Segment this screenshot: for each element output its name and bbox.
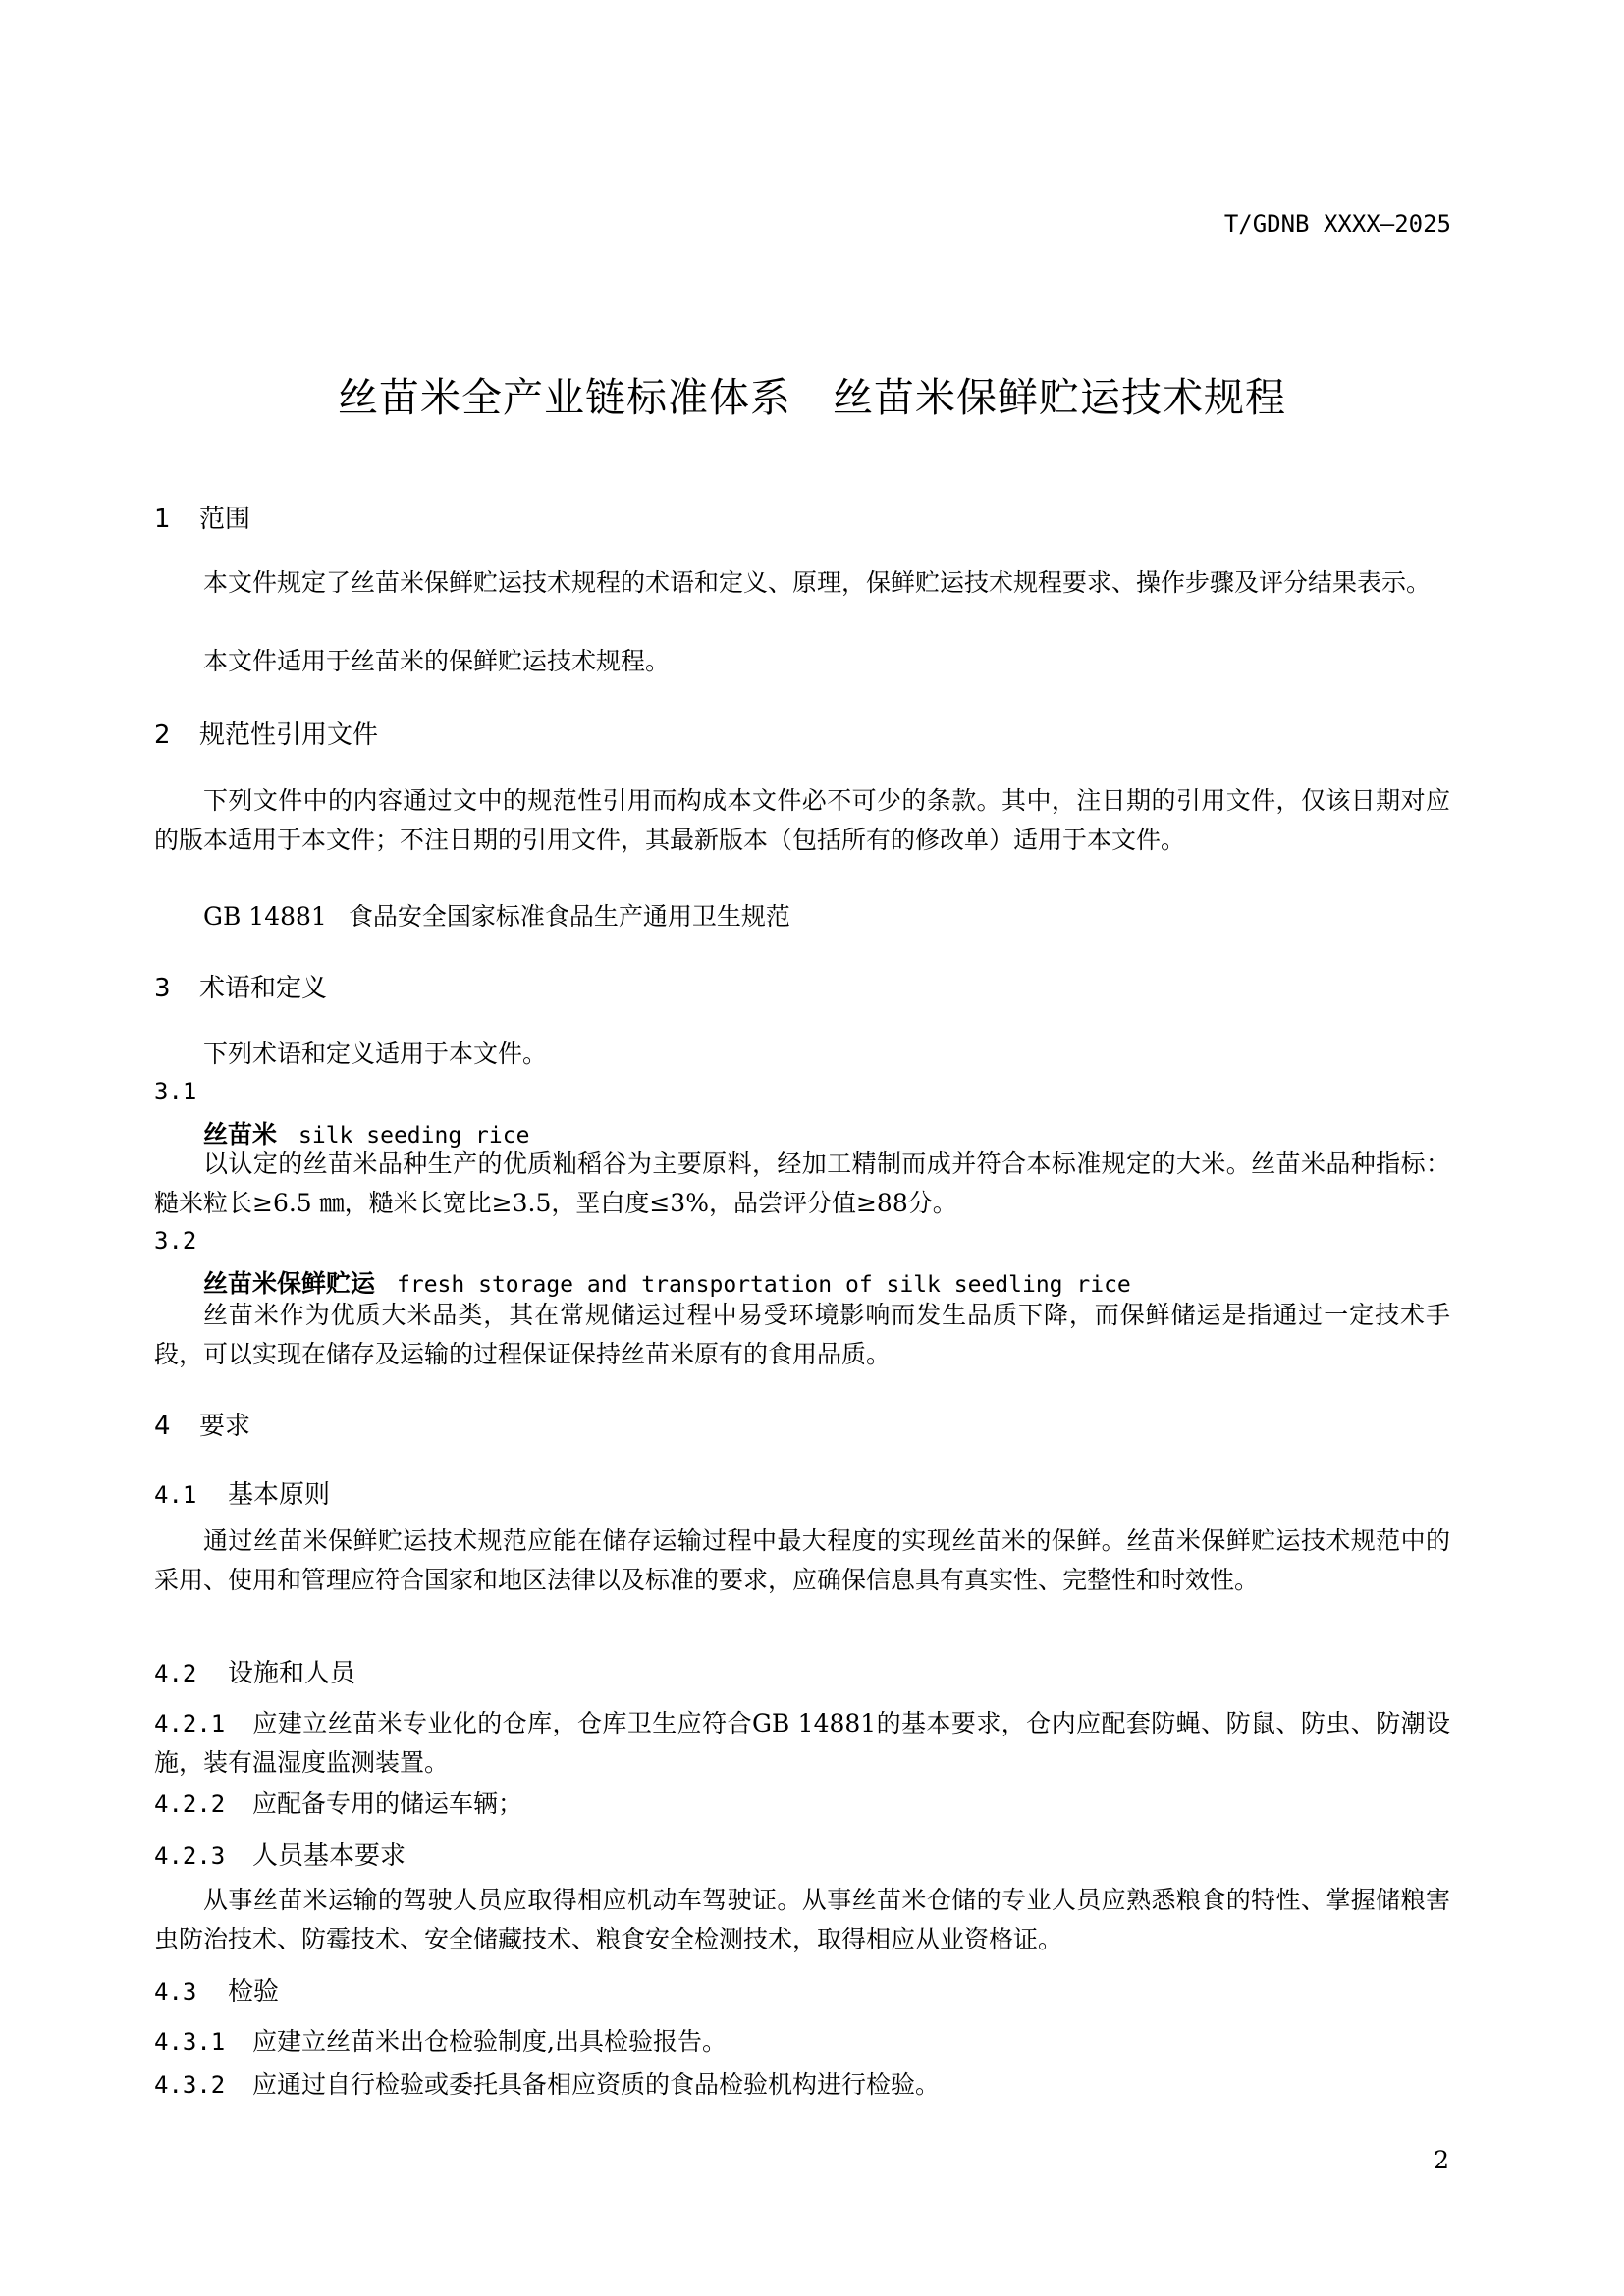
clause-text: 应配备专用的储运车辆； — [252, 1789, 522, 1818]
subsection-title: 设施和人员 — [228, 1659, 355, 1688]
section-title: 规范性引用文件 — [199, 721, 378, 750]
clause-4-2-3-paragraph: 从事丝苗米运输的驾驶人员应取得相应机动车驾驶证。从事丝苗米仓储的专业人员应熟悉粮… — [154, 1881, 1450, 1959]
term-3-2: 丝苗米保鲜贮运fresh storage and transportation … — [154, 1264, 1131, 1300]
clause-4-3-2: 4.3.2应通过自行检验或委托具备相应资质的食品检验机构进行检验。 — [154, 2065, 940, 2105]
document-page: T/GDNB XXXX—2025 丝苗米全产业链标准体系 丝苗米保鲜贮运技术规程… — [0, 0, 1624, 2296]
clause-4-3-1: 4.3.1应建立丝苗米出仓检验制度,出具检验报告。 — [154, 2022, 727, 2061]
subsection-number: 4.3 — [154, 1978, 228, 2005]
subsection-number: 4.2 — [154, 1660, 228, 1687]
clause-text: 应通过自行检验或委托具备相应资质的食品检验机构进行检验。 — [252, 2070, 940, 2099]
clause-title: 人员基本要求 — [252, 1842, 406, 1871]
subsection-number: 4.1 — [154, 1481, 228, 1509]
section-1-heading: 1范围 — [154, 499, 250, 535]
section-title: 术语和定义 — [199, 974, 327, 1003]
term-3-1-definition: 以认定的丝苗米品种生产的优质籼稻谷为主要原料，经加工精制而成并符合本标准规定的大… — [154, 1145, 1450, 1223]
term-english: fresh storage and transportation of silk… — [397, 1272, 1131, 1298]
section-1-paragraph-2: 本文件适用于丝苗米的保鲜贮运技术规程。 — [154, 642, 1450, 681]
section-3-heading: 3术语和定义 — [154, 968, 327, 1004]
clause-text: 应建立丝苗米出仓检验制度,出具检验报告。 — [252, 2027, 727, 2056]
subsection-4-1-heading: 4.1基本原则 — [154, 1474, 330, 1511]
section-title: 要求 — [199, 1412, 250, 1441]
clause-4-2-3-heading: 4.2.3人员基本要求 — [154, 1836, 406, 1872]
reference-title: 食品安全国家标准食品生产通用卫生规范 — [349, 902, 790, 931]
clause-text: 应建立丝苗米专业化的仓库，仓库卫生应符合GB 14881的基本要求，仓内应配套防… — [154, 1709, 1450, 1777]
term-chinese: 丝苗米保鲜贮运 — [203, 1269, 375, 1298]
clause-4-2-1: 4.2.1应建立丝苗米专业化的仓库，仓库卫生应符合GB 14881的基本要求，仓… — [154, 1704, 1450, 1783]
section-2-heading: 2规范性引用文件 — [154, 715, 378, 751]
section-2-paragraph: 下列文件中的内容通过文中的规范性引用而构成本文件必不可少的条款。其中，注日期的引… — [154, 781, 1450, 860]
clause-number: 4.2.1 — [154, 1704, 252, 1743]
subsection-title: 基本原则 — [228, 1480, 330, 1510]
standard-code: T/GDNB XXXX—2025 — [1224, 210, 1451, 238]
subsection-4-1-paragraph: 通过丝苗米保鲜贮运技术规范应能在储存运输过程中最大程度的实现丝苗米的保鲜。丝苗米… — [154, 1522, 1450, 1600]
clause-number: 4.2.2 — [154, 1785, 252, 1824]
document-title: 丝苗米全产业链标准体系 丝苗米保鲜贮运技术规程 — [0, 365, 1624, 423]
term-3-1-number: 3.1 — [154, 1078, 196, 1105]
page-number: 2 — [1434, 2146, 1449, 2174]
term-3-2-definition: 丝苗米作为优质大米品类，其在常规储运过程中易受环境影响而发生品质下降，而保鲜储运… — [154, 1296, 1450, 1374]
section-title: 范围 — [199, 505, 250, 534]
section-number: 1 — [154, 505, 199, 534]
section-1-paragraph-1: 本文件规定了丝苗米保鲜贮运技术规程的术语和定义、原理，保鲜贮运技术规程要求、操作… — [154, 563, 1450, 603]
section-number: 4 — [154, 1412, 199, 1441]
subsection-title: 检验 — [228, 1977, 279, 2006]
subsection-4-2-heading: 4.2设施和人员 — [154, 1653, 355, 1689]
clause-number: 4.3.1 — [154, 2022, 252, 2061]
section-3-intro: 下列术语和定义适用于本文件。 — [154, 1035, 1450, 1074]
clause-4-2-2: 4.2.2应配备专用的储运车辆； — [154, 1785, 522, 1824]
subsection-4-3-heading: 4.3检验 — [154, 1971, 279, 2007]
reference-code: GB 14881 — [203, 902, 327, 931]
section-number: 3 — [154, 974, 199, 1003]
clause-number: 4.3.2 — [154, 2065, 252, 2105]
term-3-2-number: 3.2 — [154, 1227, 196, 1255]
normative-reference: GB 14881食品安全国家标准食品生产通用卫生规范 — [154, 897, 1450, 936]
section-4-heading: 4要求 — [154, 1406, 250, 1442]
clause-number: 4.2.3 — [154, 1842, 252, 1870]
section-number: 2 — [154, 721, 199, 750]
